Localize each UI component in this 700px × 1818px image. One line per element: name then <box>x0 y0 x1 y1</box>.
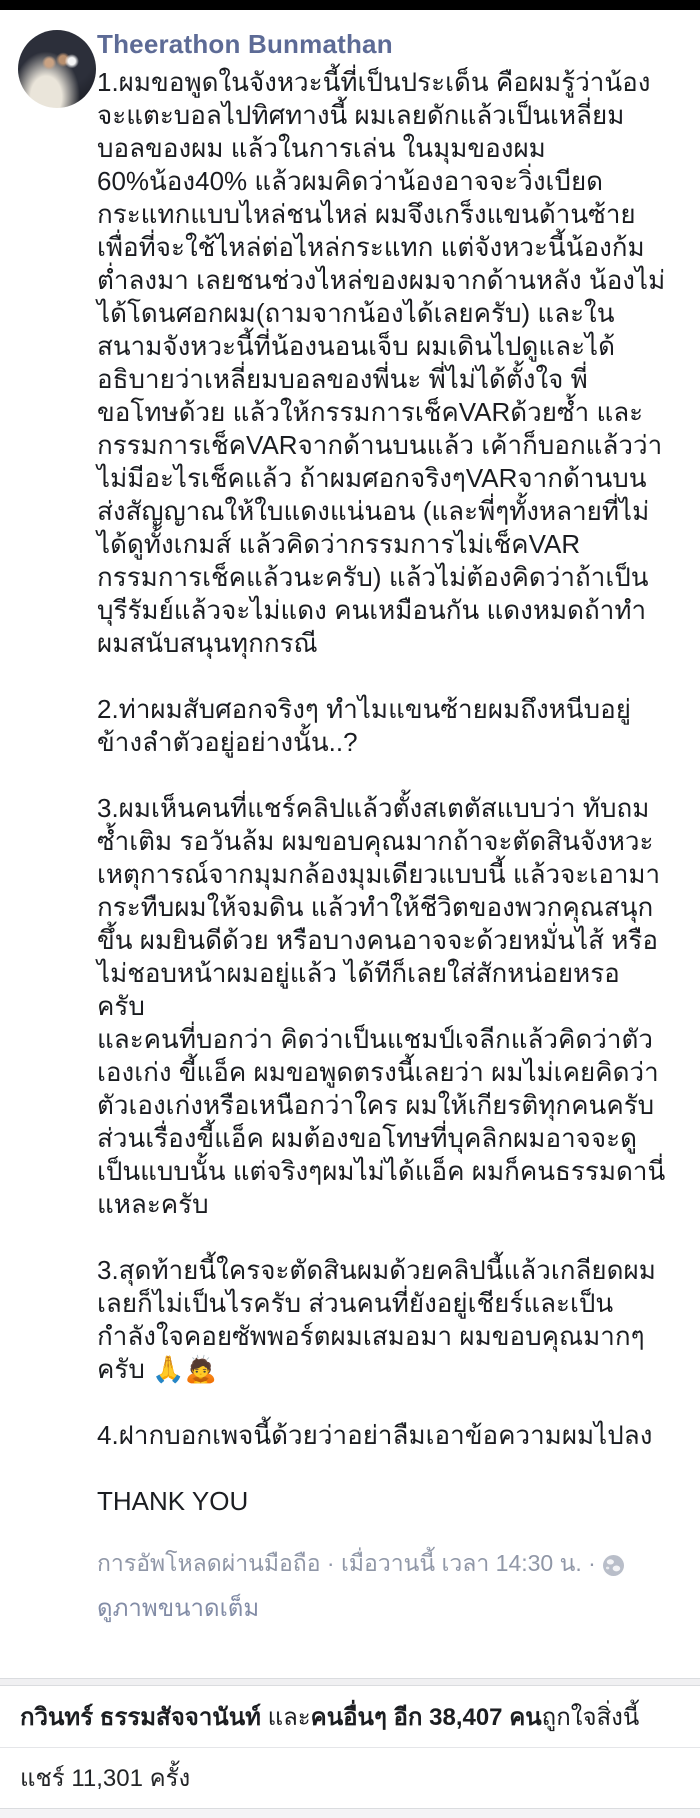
section-divider-band <box>0 1678 700 1686</box>
status-bar <box>0 0 700 10</box>
facebook-post-page: Theerathon Bunmathan 1.ผมขอพูดในจังหวะนี… <box>0 0 700 1818</box>
shares-summary[interactable]: แชร์ 11,301 ครั้ง <box>0 1747 700 1808</box>
view-full-size-link[interactable]: ดูภาพขนาดเต็ม <box>97 1594 666 1624</box>
likes-others-count[interactable]: คนอื่นๆ อีก 38,407 คน <box>311 1704 542 1731</box>
liker-name[interactable]: กวินทร์ ธรรมสัจจานันท์ <box>20 1704 261 1731</box>
profile-photo[interactable] <box>18 30 96 108</box>
bottom-strip <box>0 1808 700 1818</box>
likes-summary[interactable]: กวินทร์ ธรรมสัจจานันท์ และคนอื่นๆ อีก 38… <box>0 1686 700 1747</box>
post-meta-text[interactable]: การอัพโหลดผ่านมือถือ · เมื่อวานนี้ เวลา … <box>97 1548 596 1578</box>
post-meta[interactable]: การอัพโหลดผ่านมือถือ · เมื่อวานนี้ เวลา … <box>97 1548 666 1578</box>
author-name[interactable]: Theerathon Bunmathan <box>97 28 666 60</box>
shares-label[interactable]: แชร์ 11,301 ครั้ง <box>20 1765 190 1792</box>
privacy-globe-icon <box>603 1553 624 1574</box>
post-container: Theerathon Bunmathan 1.ผมขอพูดในจังหวะนี… <box>0 10 700 1624</box>
likes-connector: และ <box>261 1704 311 1731</box>
likes-suffix: ถูกใจสิ่งนี้ <box>542 1704 640 1731</box>
content-bottom-spacer <box>0 1624 700 1678</box>
post-body-text: 1.ผมขอพูดในจังหวะนี้ที่เป็นประเด็น คือผม… <box>97 66 666 1518</box>
